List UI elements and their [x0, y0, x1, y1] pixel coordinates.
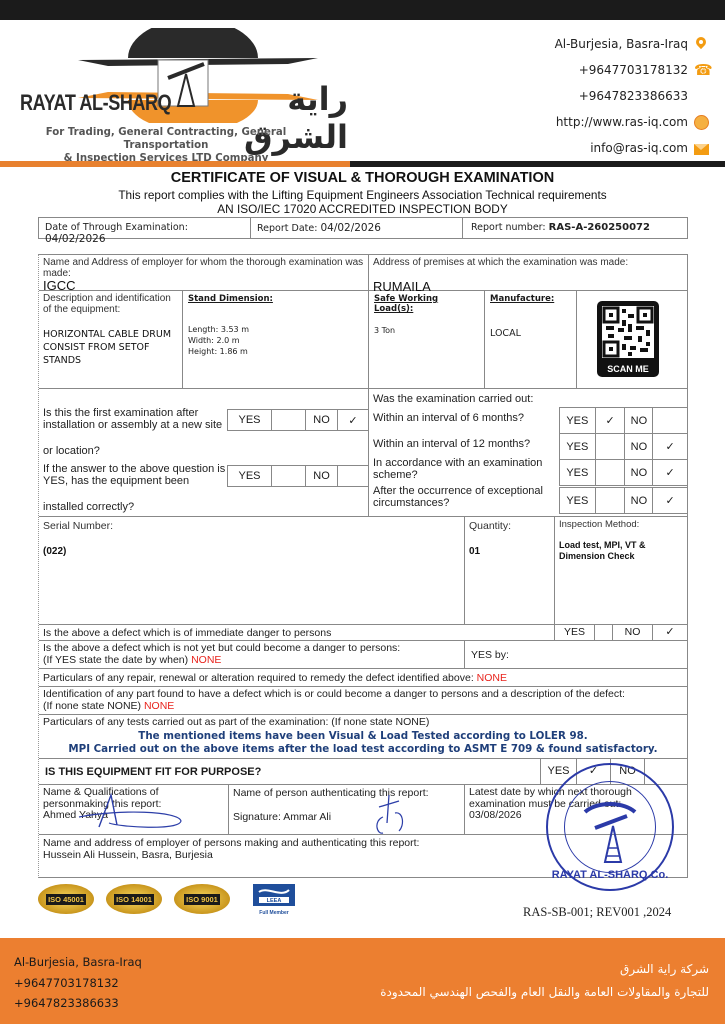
report-date-value: 04/02/2026 [320, 222, 381, 234]
qr-icon [602, 306, 654, 358]
yes-label: YES [555, 625, 595, 640]
interval-no-box[interactable]: ✓ [653, 488, 687, 513]
email-link[interactable]: info@ras-iq.com [590, 141, 688, 155]
no-label: NO [625, 488, 653, 513]
dates-row: Date of Through Examination: 04/02/2026 … [38, 217, 688, 239]
immediate-no-box[interactable]: ✓ [653, 625, 687, 640]
report-number-value: RAS-A-260250072 [549, 222, 650, 233]
dimension-values: Length: 3.53 m Width: 2.0 m Height: 1.86… [188, 324, 363, 357]
installed-no-box[interactable] [338, 466, 368, 486]
identification-cell: Identification of any part found to have… [39, 687, 687, 715]
mail-icon [694, 144, 709, 155]
contact-phone-2: +9647823386633 [555, 83, 709, 109]
method-label: Inspection Method: [559, 519, 683, 530]
tests-line-2: MPI Carried out on the above items after… [43, 743, 683, 757]
installed-line-2: YES, has the equipment been [43, 475, 225, 487]
report-date-label: Report Date: [257, 223, 317, 234]
first-exam-line-3: or location? [43, 445, 100, 457]
swl-value: 3 Ton [374, 326, 479, 335]
identification-line-1: Identification of any part found to have… [43, 688, 683, 700]
could-become-line-1: Is the above a defect which is not yet b… [43, 642, 460, 654]
iso-45001-badge: ISO 45001 [38, 884, 94, 914]
quantity-value: 01 [469, 546, 550, 557]
interval-question: After the occurrence of exceptional circ… [373, 485, 553, 509]
employer-signoff-label: Name and address of employer of persons … [43, 837, 683, 849]
company-tagline: For Trading, General Contracting, Genera… [21, 126, 312, 165]
yes-by-label: YES by: [465, 641, 687, 669]
first-exam-no-box[interactable]: ✓ [338, 410, 368, 430]
footer-phone-2: +9647823386633 [14, 993, 142, 1014]
footer-contact: Al-Burjesia, Basra-Iraq +9647703178132 +… [14, 952, 142, 1014]
serial-cell: Serial Number: (022) [39, 517, 465, 625]
footer-arabic-line-2: للتجارة والمقاولات العامة والنقل العام و… [380, 981, 709, 1004]
interval-question: Within an interval of 6 months? [373, 412, 553, 424]
footer-phone-1: +9647703178132 [14, 973, 142, 994]
description-label: Description and identification of the eq… [43, 293, 178, 315]
header-divider-dark [350, 161, 725, 167]
yes-label: YES [560, 460, 596, 485]
interval-yes-box[interactable] [596, 488, 626, 513]
dimension-height: Height: 1.86 m [188, 346, 363, 357]
contact-email[interactable]: info@ras-iq.com [555, 135, 709, 161]
manufacture-cell: Manufacture: LOCAL [485, 291, 577, 389]
header-divider-orange [0, 161, 350, 167]
immediate-danger-label: Is the above a defect which is of immedi… [39, 625, 555, 641]
location-pin-icon [694, 37, 709, 52]
certificate-title: CERTIFICATE OF VISUAL & THOROUGH EXAMINA… [0, 170, 725, 186]
examination-form: Name and Address of employer for whom th… [38, 254, 688, 878]
yes-label: YES [560, 434, 596, 459]
could-become-cell: Is the above a defect which is not yet b… [39, 641, 465, 669]
first-exam-line-1: Is this the first examination after [43, 407, 222, 419]
website-link[interactable]: http://www.ras-iq.com [556, 115, 688, 129]
yes-label: YES [228, 410, 272, 430]
contact-block: Al-Burjesia, Basra-Iraq +9647703178132 ☎… [555, 31, 709, 161]
fit-yes-no: YES ✓ NO [541, 759, 687, 785]
description-cell: Description and identification of the eq… [39, 291, 183, 389]
exam-date-cell: Date of Through Examination: 04/02/2026 [39, 218, 251, 238]
next-exam-cell: Latest date by which next thorough exami… [465, 785, 687, 835]
next-exam-date: 03/08/2026 [469, 810, 683, 822]
qr-code[interactable]: SCAN ME [597, 301, 659, 377]
phone-icon: ☎ [694, 63, 709, 78]
yes-label: YES [560, 488, 596, 513]
report-date-cell: Report Date: 04/02/2026 [251, 218, 463, 238]
first-exam-yes-no: YES NO ✓ [227, 409, 369, 431]
installed-line-3: installed correctly? [43, 501, 134, 513]
dimension-length: Length: 3.53 m [188, 324, 363, 335]
employer-signoff-cell: Name and address of employer of persons … [39, 835, 687, 877]
authenticator-cell: Name of person authenticating this repor… [229, 785, 465, 835]
serial-label: Serial Number: [43, 521, 460, 532]
iso-9001-badge: ISO 9001 [174, 884, 230, 914]
swl-cell: Safe Working Load(s): 3 Ton [369, 291, 485, 389]
serial-value: (022) [43, 546, 460, 557]
dimension-label: Stand Dimension: [188, 294, 363, 304]
company-logo: RAYAT AL-SHARQ راية الشرق [8, 28, 348, 123]
interval-no-box[interactable]: ✓ [653, 434, 687, 459]
leea-membership-label: Full Member [253, 910, 295, 916]
phone-text-2: +9647823386633 [579, 89, 688, 103]
dimension-width: Width: 2.0 m [188, 335, 363, 346]
badge-label: ISO 45001 [46, 894, 86, 905]
first-exam-cell: Is this the first examination after inst… [39, 389, 369, 517]
footer: Al-Burjesia, Basra-Iraq +9647703178132 +… [0, 938, 725, 1024]
no-label: NO [611, 759, 645, 784]
premises-label: Address of premises at which the examina… [373, 257, 683, 268]
contact-address: Al-Burjesia, Basra-Iraq [555, 31, 709, 57]
installed-line-1: If the answer to the above question is [43, 463, 225, 475]
could-become-value: NONE [191, 654, 221, 666]
identification-value: NONE [144, 700, 174, 712]
employer-label: Name and Address of employer for whom th… [43, 257, 364, 279]
interval-yes-no: YES✓NO [559, 407, 687, 434]
footer-arabic-line-1: شركة راية الشرق [380, 958, 709, 981]
no-label: NO [306, 410, 338, 430]
interval-yes-box[interactable] [596, 434, 626, 459]
qr-code-pattern [602, 306, 654, 358]
immediate-danger-yes-no: YES NO ✓ [555, 625, 687, 641]
interval-no-box[interactable] [653, 408, 687, 433]
carried-out-cell: Was the examination carried out: Within … [369, 389, 687, 517]
quantity-cell: Quantity: 01 [465, 517, 555, 625]
no-label: NO [613, 625, 653, 640]
interval-yes-no: YESNO✓ [559, 433, 687, 460]
could-become-line-2: (If YES state the date by when) [43, 654, 188, 666]
installed-yes-no: YES NO [227, 465, 369, 487]
no-label: NO [625, 460, 653, 485]
footer-address: Al-Burjesia, Basra-Iraq [14, 952, 142, 973]
employer-signoff-value: Hussein Ali Hussein, Basra, Burjesia [43, 849, 683, 861]
installed-question: If the answer to the above question is Y… [43, 463, 225, 487]
immediate-yes-box[interactable] [595, 625, 613, 640]
method-cell: Inspection Method: Load test, MPI, VT & … [555, 517, 687, 625]
contact-phone-1: +9647703178132 ☎ [555, 57, 709, 83]
maker-cell: Name & Qualifications of personmaking th… [39, 785, 229, 835]
spacer [694, 89, 709, 104]
swl-label: Safe Working Load(s): [374, 294, 479, 314]
description-value: HORIZONTAL CABLE DRUM CONSIST FROM SETOF… [43, 328, 178, 367]
interval-no-box[interactable]: ✓ [653, 460, 687, 485]
svg-text:LEEA: LEEA [267, 898, 282, 904]
interval-yes-no: YESNO✓ [559, 487, 687, 514]
authenticator-value: Signature: Ammar Ali [233, 811, 460, 823]
next-exam-label-1: Latest date by which next thorough [469, 787, 683, 799]
no-label: NO [625, 408, 653, 433]
first-exam-yes-box[interactable] [272, 410, 306, 430]
authenticator-signature-icon [369, 791, 419, 841]
yes-label: YES [228, 466, 272, 486]
repair-value: NONE [477, 672, 507, 684]
yes-label: YES [560, 408, 596, 433]
report-number-label: Report number: [471, 222, 546, 233]
fit-no-box[interactable] [645, 759, 687, 784]
revision-code: RAS-SB-001; REV001 ,2024 [523, 905, 671, 920]
tests-label: Particulars of any tests carried out as … [43, 716, 683, 730]
fit-yes-box[interactable]: ✓ [577, 759, 611, 784]
leea-chain-icon: LEEA [253, 884, 295, 906]
authenticator-label: Name of person authenticating this repor… [233, 787, 460, 799]
badge-label: ISO 9001 [184, 894, 220, 905]
leea-logo: LEEA [253, 884, 295, 906]
interval-yes-box[interactable]: ✓ [596, 408, 626, 433]
iso-14001-badge: ISO 14001 [106, 884, 162, 914]
address-text: Al-Burjesia, Basra-Iraq [555, 37, 688, 51]
identification-line-2: (If none state NONE) [43, 700, 141, 712]
tests-line-1: The mentioned items have been Visual & L… [43, 730, 683, 744]
qr-cell: SCAN ME [577, 291, 687, 389]
contact-website[interactable]: http://www.ras-iq.com [555, 109, 709, 135]
first-exam-question: Is this the first examination after inst… [43, 407, 222, 431]
exam-date-label: Date of Through Examination: [45, 222, 188, 233]
dimension-cell: Stand Dimension: Length: 3.53 m Width: 2… [183, 291, 369, 389]
header-top-bar [0, 0, 725, 20]
manufacture-label: Manufacture: [490, 294, 571, 304]
method-value: Load test, MPI, VT & Dimension Check [559, 540, 683, 562]
tagline-line-1: For Trading, General Contracting, Genera… [21, 126, 312, 152]
tests-cell: Particulars of any tests carried out as … [39, 715, 687, 759]
phone-text-1: +9647703178132 [579, 63, 688, 77]
no-label: NO [625, 434, 653, 459]
interval-yes-box[interactable] [596, 460, 626, 485]
employer-cell: Name and Address of employer for whom th… [39, 255, 369, 291]
accreditation-line: AN ISO/IEC 17020 ACCREDITED INSPECTION B… [0, 202, 725, 216]
footer-arabic: شركة راية الشرق للتجارة والمقاولات العام… [380, 958, 709, 1004]
no-label: NO [306, 466, 338, 486]
qr-label: SCAN ME [597, 364, 659, 374]
badge-label: ISO 14001 [114, 894, 154, 905]
installed-yes-box[interactable] [272, 466, 306, 486]
yes-label: YES [541, 759, 577, 784]
report-number-cell: Report number: RAS-A-260250072 [463, 218, 687, 238]
exam-date-value: 04/02/2026 [45, 233, 106, 245]
certificate-subtitle: This report complies with the Lifting Eq… [0, 188, 725, 202]
interval-question: Within an interval of 12 months? [373, 438, 553, 450]
interval-yes-no: YESNO✓ [559, 459, 687, 486]
carried-out-label: Was the examination carried out: [373, 393, 533, 405]
maker-signature-icon [69, 791, 189, 831]
quantity-label: Quantity: [469, 521, 550, 532]
globe-icon [694, 115, 709, 130]
repair-cell: Particulars of any repair, renewal or al… [39, 669, 687, 687]
fit-for-purpose-label: IS THIS EQUIPMENT FIT FOR PURPOSE? [39, 759, 541, 785]
first-exam-line-2: installation or assembly at a new site [43, 419, 222, 431]
manufacture-value: LOCAL [490, 328, 571, 339]
premises-cell: Address of premises at which the examina… [369, 255, 687, 291]
repair-label: Particulars of any repair, renewal or al… [43, 672, 474, 684]
company-name-latin: RAYAT AL-SHARQ [20, 90, 171, 116]
interval-question: In accordance with an examination scheme… [373, 457, 553, 481]
